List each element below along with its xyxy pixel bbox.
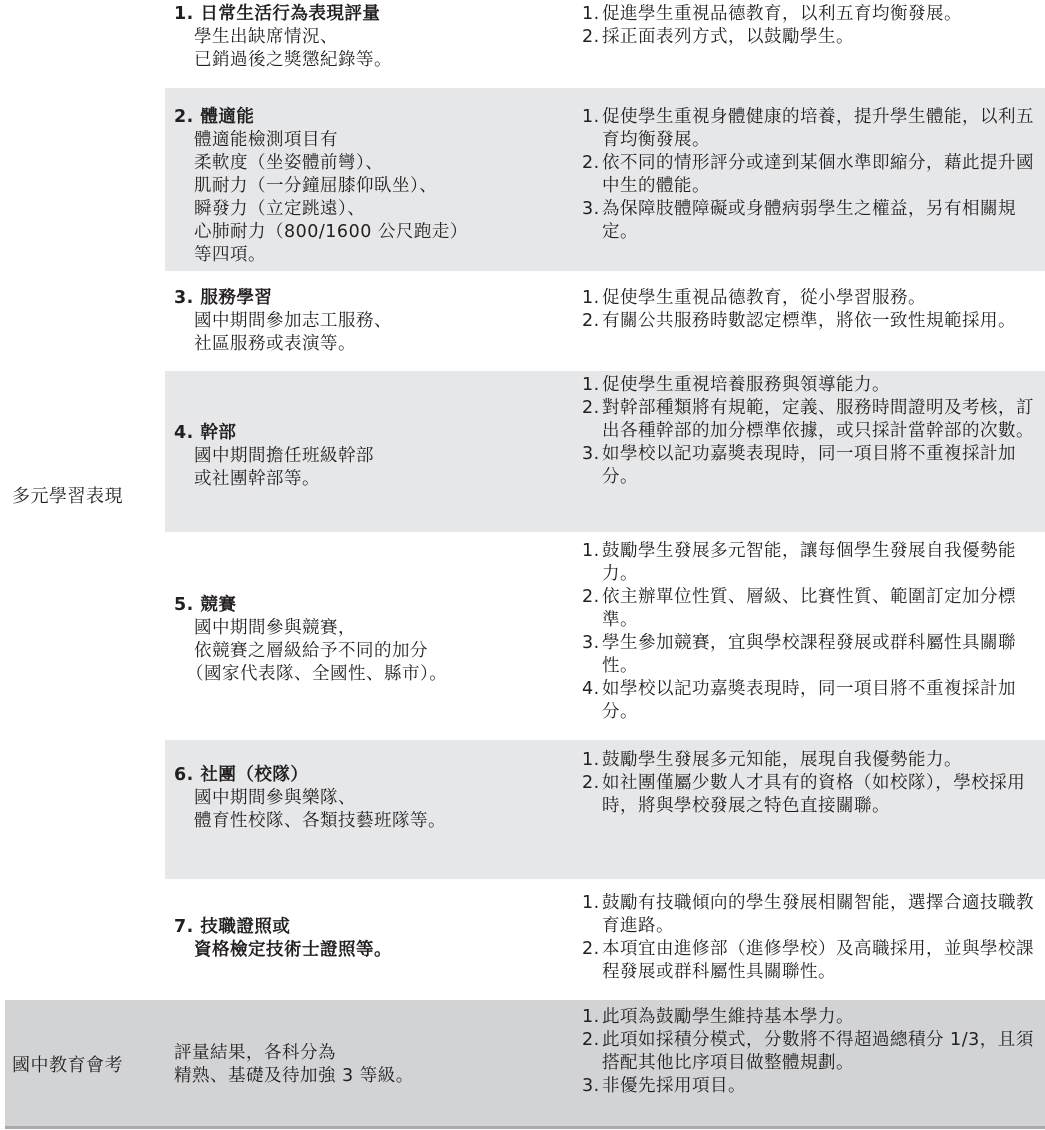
item-desc-line: 等四項。 [174,244,534,267]
notes-3: 1.促使學生重視品德教育，從小學習服務。 2.有關公共服務時數認定標準，將依一致… [582,287,1042,333]
item-title: 5. 競賽 [174,594,534,617]
exam-desc-line: 評量結果，各科分為 [174,1042,414,1065]
notes-5: 1.鼓勵學生發展多元智能，讓每個學生發展自我優勢能力。 2.依主辦單位性質、層級… [582,540,1042,724]
note-item: 2.依主辦單位性質、層級、比賽性質、範圍訂定加分標準。 [582,586,1042,632]
item-desc-line: 柔軟度（坐姿體前彎）、 [174,152,534,175]
item-title: 1. 日常生活行為表現評量 [174,3,534,26]
note-item: 2.採正面表列方式，以鼓勵學生。 [582,26,1042,49]
item-desc-line: （國家代表隊、全國性、縣市）。 [174,663,534,686]
item-title: 3. 服務學習 [174,287,534,310]
item-desc-line: 資格檢定技術士證照等。 [174,939,534,962]
exam-notes: 1.此項為鼓勵學生維持基本學力。 2.此項如採積分模式，分數將不得超過總積分 1… [582,1006,1042,1098]
category-multi-learning: 多元學習表現 [12,485,123,509]
item-title: 7. 技職證照或 [174,916,534,939]
note-item: 2.對幹部種類將有規範，定義、服務時間證明及考核，訂出各種幹部的加分標準依據，或… [582,397,1042,443]
note-item: 2.此項如採積分模式，分數將不得超過總積分 1/3，且須搭配其他比序項目做整體規… [582,1029,1042,1075]
item-desc-line: 學生出缺席情況、 [174,26,534,49]
note-item: 1.此項為鼓勵學生維持基本學力。 [582,1006,1042,1029]
item-title: 2. 體適能 [174,106,534,129]
note-item: 1.促使學生重視培養服務與領導能力。 [582,374,1042,397]
note-item: 1.促使學生重視身體健康的培養，提升學生體能，以利五育均衡發展。 [582,106,1042,152]
exam-desc-line: 精熟、基礎及待加強 3 等級。 [174,1065,414,1088]
note-item: 2.依不同的情形評分或達到某個水準即縮分，藉此提升國中生的體能。 [582,152,1042,198]
note-item: 2.本項宜由進修部（進修學校）及高職採用，並與學校課程發展或群科屬性具關聯性。 [582,938,1042,984]
item-desc-line: 國中期間參與樂隊、 [174,787,534,810]
item-desc-line: 依競賽之層級給予不同的加分 [174,640,534,663]
note-item: 1.促進學生重視品德教育，以利五育均衡發展。 [582,3,1042,26]
notes-7: 1.鼓勵有技職傾向的學生發展相關智能，選擇合適技職教育進路。 2.本項宜由進修部… [582,892,1042,984]
item-desc-line: 已銷過後之獎懲紀錄等。 [174,49,534,72]
item-5: 5. 競賽 國中期間參與競賽， 依競賽之層級給予不同的加分 （國家代表隊、全國性… [174,594,534,686]
item-desc-line: 體適能檢測項目有 [174,129,534,152]
note-item: 2.如社團僅屬少數人才具有的資格（如校隊），學校採用時，將與學校發展之特色直接關… [582,772,1042,818]
note-item: 3.為保障肢體障礙或身體病弱學生之權益，另有相關規定。 [582,198,1042,244]
item-desc-line: 社區服務或表演等。 [174,333,534,356]
notes-2: 1.促使學生重視身體健康的培養，提升學生體能，以利五育均衡發展。 2.依不同的情… [582,106,1042,244]
item-4: 4. 幹部 國中期間擔任班級幹部 或社團幹部等。 [174,422,534,491]
item-desc-line: 肌耐力（一分鐘屈膝仰臥坐）、 [174,175,534,198]
item-desc-line: 體育性校隊、各類技藝班隊等。 [174,810,534,833]
item-7: 7. 技職證照或 資格檢定技術士證照等。 [174,916,534,962]
item-desc-line: 國中期間參加志工服務、 [174,310,534,333]
bottom-rule [5,1126,1045,1129]
item-title: 4. 幹部 [174,422,534,445]
item-desc-line: 或社團幹部等。 [174,468,534,491]
item-1: 1. 日常生活行為表現評量 學生出缺席情況、 已銷過後之獎懲紀錄等。 [174,3,534,72]
item-desc-line: 瞬發力（立定跳遠）、 [174,198,534,221]
note-item: 4.如學校以記功嘉獎表現時，同一項目將不重複採計加分。 [582,678,1042,724]
notes-6: 1.鼓勵學生發展多元知能，展現自我優勢能力。 2.如社團僅屬少數人才具有的資格（… [582,749,1042,818]
item-6: 6. 社團（校隊） 國中期間參與樂隊、 體育性校隊、各類技藝班隊等。 [174,764,534,833]
note-item: 3.如學校以記功嘉獎表現時，同一項目將不重複採計加分。 [582,443,1042,489]
note-item: 2.有關公共服務時數認定標準，將依一致性規範採用。 [582,310,1042,333]
note-item: 1.鼓勵學生發展多元知能，展現自我優勢能力。 [582,749,1042,772]
item-desc-line: 國中期間擔任班級幹部 [174,445,534,468]
notes-4: 1.促使學生重視培養服務與領導能力。 2.對幹部種類將有規範，定義、服務時間證明… [582,374,1042,489]
note-item: 3.非優先採用項目。 [582,1075,1042,1098]
exam-desc: 評量結果，各科分為 精熟、基礎及待加強 3 等級。 [174,1042,414,1088]
note-item: 1.鼓勵學生發展多元智能，讓每個學生發展自我優勢能力。 [582,540,1042,586]
item-title: 6. 社團（校隊） [174,764,534,787]
item-desc-line: 心肺耐力（800/1600 公尺跑走） [174,221,534,244]
item-3: 3. 服務學習 國中期間參加志工服務、 社區服務或表演等。 [174,287,534,356]
note-item: 1.促使學生重視品德教育，從小學習服務。 [582,287,1042,310]
item-2: 2. 體適能 體適能檢測項目有 柔軟度（坐姿體前彎）、 肌耐力（一分鐘屈膝仰臥坐… [174,106,534,267]
note-item: 3.學生參加競賽，宜與學校課程發展或群科屬性具關聯性。 [582,632,1042,678]
item-desc-line: 國中期間參與競賽， [174,617,534,640]
category-exam: 國中教育會考 [12,1054,123,1078]
note-item: 1.鼓勵有技職傾向的學生發展相關智能，選擇合適技職教育進路。 [582,892,1042,938]
notes-1: 1.促進學生重視品德教育，以利五育均衡發展。 2.採正面表列方式，以鼓勵學生。 [582,3,1042,49]
